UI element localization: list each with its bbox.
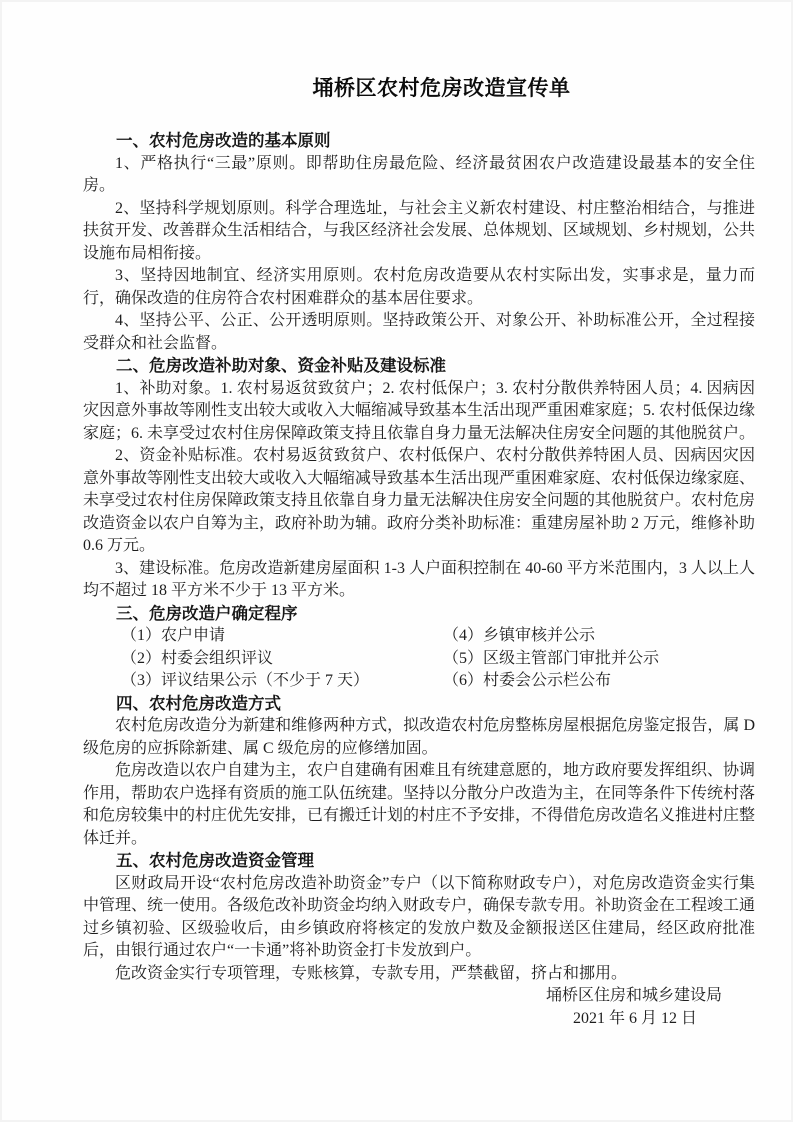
procedure-row: （2）村委会组织评议 （5）区级主管部门审批并公示: [83, 648, 755, 671]
section-4-paragraph: 危房改造以农户自建为主，农户自建确有困难且有统建意愿的，地方政府要发挥组织、协调…: [83, 760, 755, 850]
section-3-heading: 三、危房改造户确定程序: [83, 603, 755, 626]
procedure-row: （1）农户申请 （4）乡镇审核并公示: [83, 625, 755, 648]
section-5-heading: 五、农村危房改造资金管理: [83, 850, 755, 873]
section-2-paragraph: 3、建设标准。危房改造新建房屋面积 1-3 人户面积控制在 40-60 平方米范…: [83, 558, 755, 603]
procedure-item: （5）区级主管部门审批并公示: [443, 648, 755, 671]
document-page: 埇桥区农村危房改造宣传单 一、农村危房改造的基本原则 1、严格执行“三最”原则。…: [0, 0, 793, 1122]
procedure-item: （6）村委会公示栏公布: [443, 670, 755, 693]
section-4-heading: 四、农村危房改造方式: [83, 693, 755, 716]
section-1-paragraph: 3、坚持因地制宜、经济实用原则。农村危房改造要从农村实际出发，实事求是，量力而行…: [83, 265, 755, 310]
procedure-item: （1）农户申请: [83, 625, 443, 648]
section-1-paragraph: 2、坚持科学规划原则。科学合理选址，与社会主义新农村建设、村庄整治相结合，与推进…: [83, 198, 755, 266]
section-2-paragraph: 2、资金补贴标准。农村易返贫致贫户、农村低保户、农村分散供养特困人员、因病因灾因…: [83, 445, 755, 558]
section-4-paragraph: 农村危房改造分为新建和维修两种方式，拟改造农村危房整栋房屋根据危房鉴定报告，属 …: [83, 715, 755, 760]
page-title: 埇桥区农村危房改造宣传单: [83, 76, 793, 102]
section-1-paragraph: 4、坚持公平、公正、公开透明原则。坚持政策公开、对象公开、补助标准公开，全过程接…: [83, 310, 755, 355]
date-line: 2021 年 6 月 12 日: [83, 1008, 755, 1031]
procedure-row: （3）评议结果公示（不少于 7 天） （6）村委会公示栏公布: [83, 670, 755, 693]
procedure-item: （3）评议结果公示（不少于 7 天）: [83, 670, 443, 693]
procedure-item: （2）村委会组织评议: [83, 648, 443, 671]
signature: 埇桥区住房和城乡建设局: [83, 985, 755, 1008]
section-5-paragraph: 危改资金实行专项管理，专账核算，专款专用，严禁截留，挤占和挪用。: [83, 963, 755, 986]
section-1-heading: 一、农村危房改造的基本原则: [83, 130, 755, 153]
section-2-paragraph: 1、补助对象。1. 农村易返贫致贫户；2. 农村低保户；3. 农村分散供养特困人…: [83, 378, 755, 446]
section-1-paragraph: 1、严格执行“三最”原则。即帮助住房最危险、经济最贫困农户改造建设最基本的安全住…: [83, 153, 755, 198]
section-2-heading: 二、危房改造补助对象、资金补贴及建设标准: [83, 355, 755, 378]
section-5-paragraph: 区财政局开设“农村危房改造补助资金”专户（以下简称财政专户），对危房改造资金实行…: [83, 873, 755, 963]
procedure-item: （4）乡镇审核并公示: [443, 625, 755, 648]
